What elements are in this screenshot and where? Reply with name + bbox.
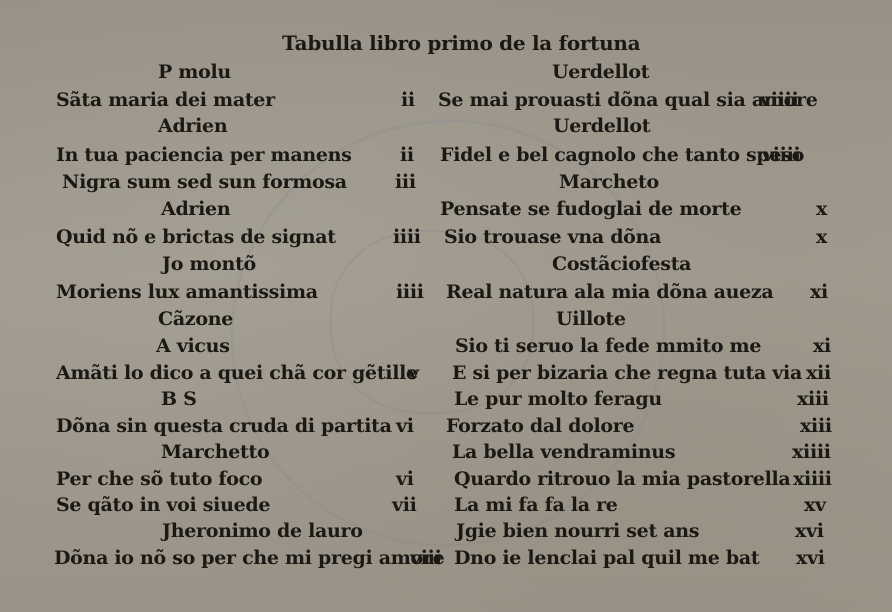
index-entry-page: iiii xyxy=(393,228,421,247)
index-entry-page: xvi xyxy=(795,522,824,541)
index-entry-title: Pensate se fudoglai de morte xyxy=(440,200,741,219)
composer-heading: Jo montõ xyxy=(162,255,256,274)
index-entry-title: Sio trouase vna dõna xyxy=(444,228,661,247)
index-entry-page: xiii xyxy=(800,417,832,436)
index-entry-title: Dno ie lenclai pal quil me bat xyxy=(454,549,759,568)
composer-heading: Marcheto xyxy=(559,173,659,192)
index-entry-page: xvi xyxy=(796,549,825,568)
index-entry-title: La mi fa fa la re xyxy=(454,496,618,515)
index-entry-page: iii xyxy=(395,173,416,192)
index-entry-page: xv xyxy=(804,496,826,515)
index-entry-page: iiii xyxy=(396,283,424,302)
page-title: Tabulla libro primo de la fortuna xyxy=(282,33,640,53)
index-entry-title: Fidel e bel cagnolo che tanto speso xyxy=(440,146,804,165)
bleed-through-marks xyxy=(330,230,534,414)
index-entry-title: Dõna io nõ so per che mi pregi amore xyxy=(54,549,444,568)
composer-heading: Marchetto xyxy=(161,443,269,462)
index-entry-page: xiiii xyxy=(792,443,831,462)
index-entry-title: Se qãto in voi siuede xyxy=(56,496,270,515)
composer-heading: Adrien xyxy=(158,117,227,136)
composer-heading: Uerdellot xyxy=(553,117,650,136)
index-entry-title: Dõna sin questa cruda di partita xyxy=(56,417,392,436)
index-entry-page: x xyxy=(816,200,827,219)
index-entry-page: xi xyxy=(810,283,828,302)
composer-heading: B S xyxy=(161,390,197,409)
index-entry-page: ii xyxy=(401,91,415,110)
index-entry-title: Per che sõ tuto foco xyxy=(56,470,262,489)
index-entry-page: vi xyxy=(396,470,414,489)
index-entry-page: xiiii xyxy=(793,470,832,489)
composer-heading: A vicus xyxy=(156,337,230,356)
index-entry-page: viiii xyxy=(762,146,800,165)
index-entry-page: xii xyxy=(806,364,831,383)
composer-heading: Uerdellot xyxy=(552,63,649,82)
index-entry-page: viii xyxy=(410,549,442,568)
index-entry-title: Moriens lux amantissima xyxy=(56,283,318,302)
index-entry-page: v xyxy=(408,364,419,383)
index-entry-page: ii xyxy=(400,146,414,165)
composer-heading: Cãzone xyxy=(158,310,233,329)
index-entry-page: viiii xyxy=(760,91,798,110)
index-entry-title: Forzato dal dolore xyxy=(446,417,634,436)
index-entry-title: Sio ti seruo la fede mmito me xyxy=(455,337,761,356)
index-entry-title: Nigra sum sed sun formosa xyxy=(62,173,347,192)
index-entry-page: xi xyxy=(813,337,831,356)
index-entry-title: In tua paciencia per manens xyxy=(56,146,352,165)
index-entry-page: xiii xyxy=(797,390,829,409)
composer-heading: Costãciofesta xyxy=(552,255,691,274)
index-entry-page: vi xyxy=(396,417,414,436)
index-entry-title: Quardo ritrouo la mia pastorella xyxy=(454,470,790,489)
composer-heading: P molu xyxy=(158,63,231,82)
index-entry-title: Le pur molto feragu xyxy=(454,390,662,409)
index-entry-title: Jgie bien nourri set ans xyxy=(456,522,699,541)
index-entry-page: x xyxy=(816,228,827,247)
index-entry-title: Amãti lo dico a quei chã cor gẽtille xyxy=(56,364,418,383)
index-entry-title: Sãta maria dei mater xyxy=(56,91,275,110)
index-entry-title: Real natura ala mia dõna aueza xyxy=(446,283,773,302)
index-entry-title: E si per bizaria che regna tuta via xyxy=(452,364,802,383)
index-entry-title: La bella vendraminus xyxy=(452,443,675,462)
printed-page: Tabulla libro primo de la fortuna P molu… xyxy=(0,0,892,612)
composer-heading: Uillote xyxy=(556,310,626,329)
composer-heading: Jheronimo de lauro xyxy=(162,522,363,541)
composer-heading: Adrien xyxy=(161,200,230,219)
index-entry-page: vii xyxy=(392,496,417,515)
index-entry-title: Quid nõ e brictas de signat xyxy=(56,228,336,247)
